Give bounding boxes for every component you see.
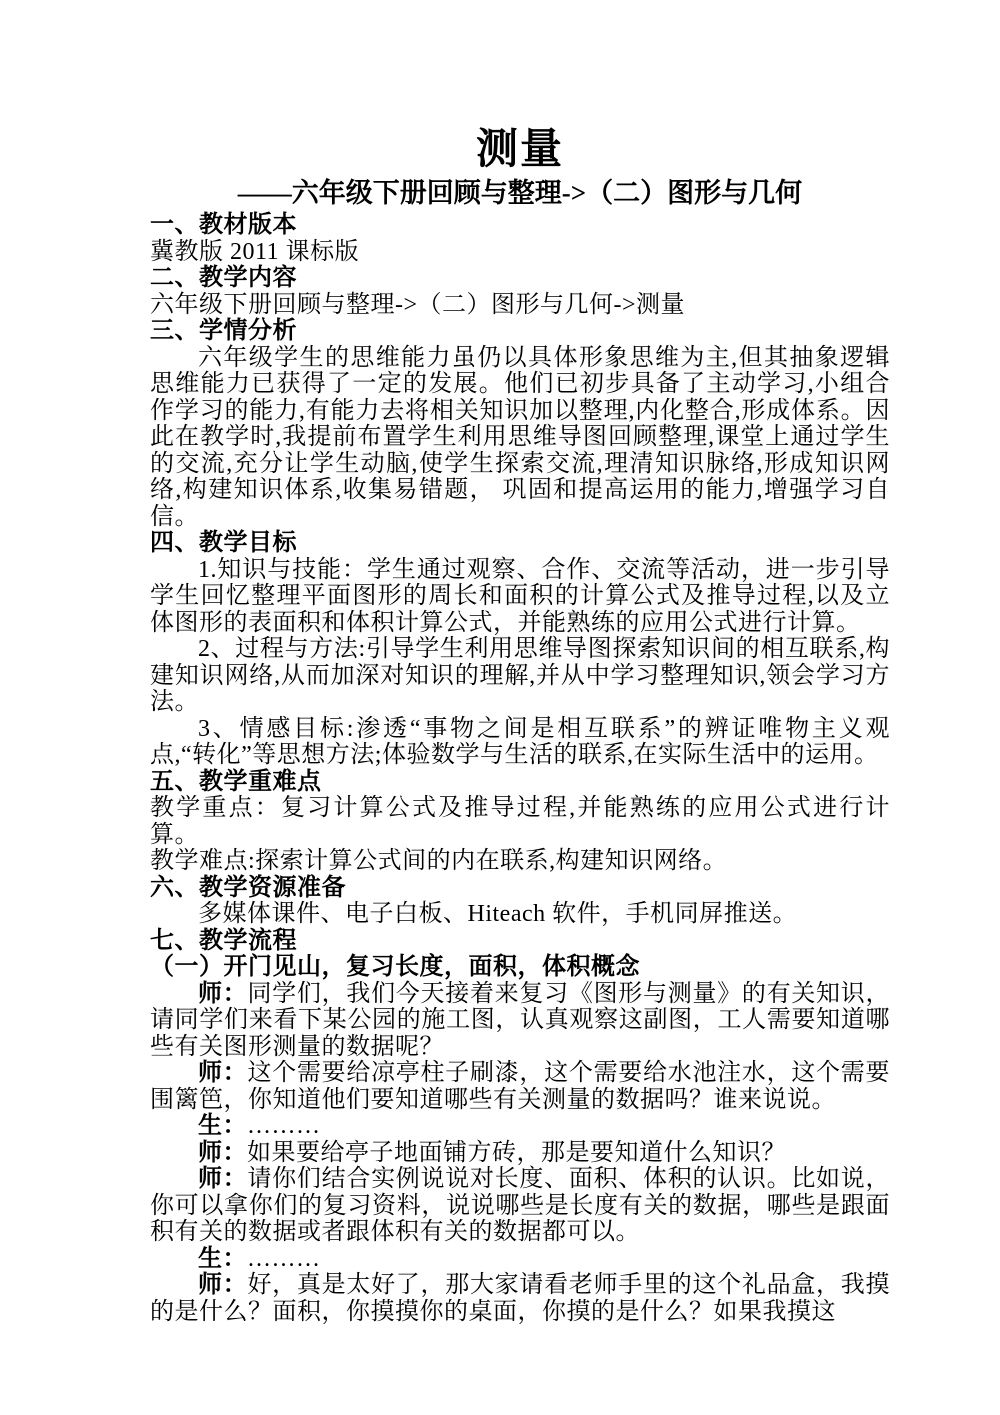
speaker-label: 师： [198, 1166, 247, 1192]
dialog-text: 好，真是太好了，那大家请看老师手里的这个礼品盒，我摸的是什么？面积，你摸摸你的桌… [150, 1272, 890, 1325]
section-heading: 三、学情分析 [150, 318, 890, 345]
document-content: 测量 ——六年级下册回顾与整理->（二）图形与几何 一、教材版本冀教版 2011… [150, 124, 890, 1325]
speaker-label: 生： [198, 1113, 247, 1139]
dialog-line: 师：同学们，我们今天接着来复习《图形与测量》的有关知识，请同学们来看下某公园的施… [150, 981, 890, 1061]
dialog-text: 请你们结合实例说说对长度、面积、体积的认识。比如说，你可以拿你们的复习资料，说说… [150, 1166, 890, 1245]
paragraph: 1.知识与技能：学生通过观察、合作、交流等活动，进一步引导学生回忆整理平面图形的… [150, 557, 890, 637]
dialog-text: ……… [247, 1246, 321, 1272]
paragraph: 六年级下册回顾与整理->（二）图形与几何->测量 [150, 292, 890, 319]
paragraph: 3、情感目标:渗透“事物之间是相互联系”的辨证唯物主义观点,“转化”等思想方法;… [150, 716, 890, 769]
document-page: 测量 ——六年级下册回顾与整理->（二）图形与几何 一、教材版本冀教版 2011… [0, 0, 1000, 1415]
speaker-label: 师： [198, 1060, 247, 1086]
speaker-label: 师： [198, 1272, 247, 1298]
section-heading: 一、教材版本 [150, 212, 890, 239]
dialog-line: 师：请你们结合实例说说对长度、面积、体积的认识。比如说，你可以拿你们的复习资料，… [150, 1166, 890, 1246]
paragraph: 教学重点：复习计算公式及推导过程,并能熟练的应用公式进行计算。 [150, 795, 890, 848]
paragraph: 教学难点:探索计算公式间的内在联系,构建知识网络。 [150, 848, 890, 875]
paragraph: 六年级学生的思维能力虽仍以具体形象思维为主,但其抽象逻辑思维能力已获得了一定的发… [150, 345, 890, 531]
dialog-line: 生：……… [150, 1246, 890, 1273]
dialog-text: 同学们，我们今天接着来复习《图形与测量》的有关知识，请同学们来看下某公园的施工图… [150, 981, 890, 1060]
document-subtitle: ——六年级下册回顾与整理->（二）图形与几何 [150, 176, 890, 210]
section-heading: 七、教学流程 [150, 928, 890, 955]
dialog-text: ……… [247, 1113, 321, 1139]
dialog-line: 生：……… [150, 1113, 890, 1140]
dialog-text: 这个需要给凉亭柱子刷漆，这个需要给水池注水，这个需要围篱笆，你知道他们要知道哪些… [150, 1060, 890, 1113]
dialog-line: 师：如果要给亭子地面铺方砖，那是要知道什么知识？ [150, 1140, 890, 1167]
section-heading: 二、教学内容 [150, 265, 890, 292]
document-body: 一、教材版本冀教版 2011 课标版二、教学内容六年级下册回顾与整理->（二）图… [150, 212, 890, 1325]
dialog-line: 师：这个需要给凉亭柱子刷漆，这个需要给水池注水，这个需要围篱笆，你知道他们要知道… [150, 1060, 890, 1113]
dialog-text: 如果要给亭子地面铺方砖，那是要知道什么知识？ [247, 1140, 786, 1166]
paragraph: 多媒体课件、电子白板、Hiteach 软件，手机同屏推送。 [150, 901, 890, 928]
dialog-line: 师：好，真是太好了，那大家请看老师手里的这个礼品盒，我摸的是什么？面积，你摸摸你… [150, 1272, 890, 1325]
document-title: 测量 [150, 124, 890, 176]
section-heading: （一）开门见山，复习长度，面积，体积概念 [150, 954, 890, 981]
speaker-label: 生： [198, 1246, 247, 1272]
section-heading: 五、教学重难点 [150, 769, 890, 796]
section-heading: 六、教学资源准备 [150, 875, 890, 902]
speaker-label: 师： [198, 981, 247, 1007]
paragraph: 冀教版 2011 课标版 [150, 239, 890, 266]
section-heading: 四、教学目标 [150, 530, 890, 557]
paragraph: 2、过程与方法:引导学生利用思维导图探索知识间的相互联系,构建知识网络,从而加深… [150, 636, 890, 716]
speaker-label: 师： [198, 1140, 247, 1166]
